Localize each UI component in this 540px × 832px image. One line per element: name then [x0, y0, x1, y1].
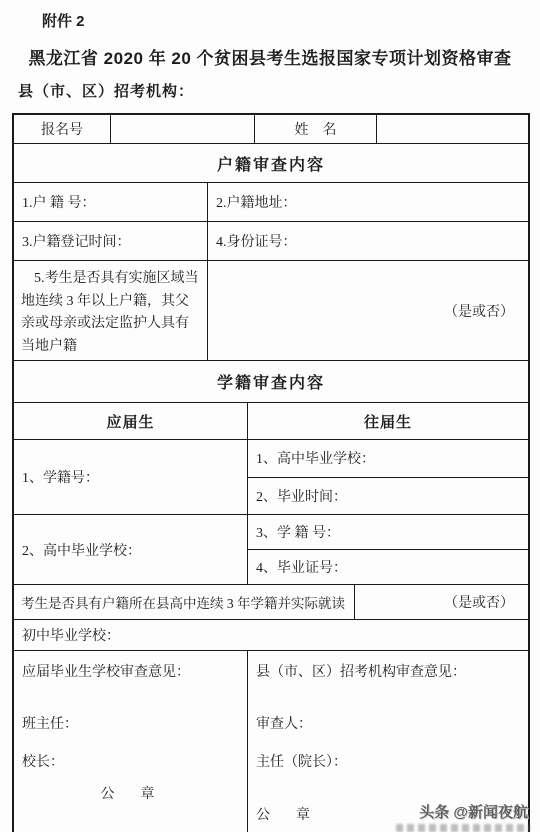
school-seal-label: 公 章 — [14, 783, 247, 803]
hukou-field5-answer: （是或否） — [207, 261, 528, 360]
table-row: 5.考生是否具有实施区域当地连续 3 年以上户籍，其父亲或母亲或法定监护人具有当… — [14, 260, 528, 360]
current-field1: 1、学籍号： — [14, 440, 247, 514]
residency-question: 考生是否具有户籍所在县高中连续 3 年学籍并实际就读 — [14, 585, 354, 619]
name-label: 姓 名 — [254, 115, 376, 143]
table-row: 应届生 往届生 — [14, 402, 528, 439]
reg-no-label: 报名号 — [14, 115, 110, 143]
table-row: 报名号 姓 名 — [14, 115, 528, 143]
hukou-field1: 1.户 籍 号： — [14, 183, 207, 221]
previous-subcolumn: 3、学 籍 号： 4、毕业证号： — [247, 515, 528, 584]
attachment-label: 附件 2 — [42, 10, 85, 31]
reviewer-label: 审查人： — [256, 713, 312, 733]
xueji-section-title: 学籍审查内容 — [14, 361, 528, 402]
hukou-field5-question: 5.考生是否具有实施区域当地连续 3 年以上户籍，其父亲或母亲或法定监护人具有当… — [14, 261, 207, 360]
document-table: 报名号 姓 名 户籍审查内容 1.户 籍 号： 2.户籍地址： 3.户籍登记时间… — [12, 113, 530, 832]
table-row: 初中毕业学校： — [14, 619, 528, 650]
agency-line-label: 县（市、区）招考机构： — [18, 80, 194, 101]
toutiao-watermark: 头条 @新闻夜航 — [419, 801, 528, 822]
hukou-field3: 3.户籍登记时间： — [14, 222, 207, 260]
hukou-field2: 2.户籍地址： — [207, 183, 528, 221]
table-row: 学籍审查内容 — [14, 360, 528, 402]
table-row: 3.户籍登记时间： 4.身份证号： — [14, 221, 528, 260]
reg-no-value-cell — [110, 115, 254, 143]
hukou-section-title: 户籍审查内容 — [14, 144, 528, 182]
agency-seal-label: 公 章 — [256, 804, 316, 824]
current-field2: 2、高中毕业学校： — [14, 515, 247, 584]
qualification-review-form: 附件 2 黑龙江省 2020 年 20 个贫困县考生选报国家专项计划资格审查 县… — [0, 0, 540, 832]
school-opinion-label: 应届毕业生学校审查意见： — [22, 661, 190, 681]
previous-field2: 2、毕业时间： — [248, 477, 528, 515]
previous-field3: 3、学 籍 号： — [248, 515, 528, 549]
previous-subcolumn: 1、高中毕业学校： 2、毕业时间： — [247, 440, 528, 514]
table-row: 2、高中毕业学校： 3、学 籍 号： 4、毕业证号： — [14, 514, 528, 584]
agency-opinion-label: 县（市、区）招考机构审查意见： — [256, 661, 466, 681]
principal-label: 校长： — [22, 751, 64, 771]
table-row: 1.户 籍 号： 2.户籍地址： — [14, 182, 528, 221]
table-row: 考生是否具有户籍所在县高中连续 3 年学籍并实际就读 （是或否） — [14, 584, 528, 619]
junior-school-label: 初中毕业学校： — [14, 620, 528, 650]
hukou-field4: 4.身份证号： — [207, 222, 528, 260]
previous-field4: 4、毕业证号： — [248, 549, 528, 584]
school-opinion-cell: 应届毕业生学校审查意见： 班主任： 校长： 公 章 — [14, 651, 247, 832]
col-header-previous-grad: 往届生 — [247, 403, 528, 439]
name-value-cell — [376, 115, 528, 143]
clipped-text-artifact — [396, 824, 530, 832]
residency-answer: （是或否） — [354, 585, 528, 619]
page-title: 黑龙江省 2020 年 20 个贫困县考生选报国家专项计划资格审查 — [0, 44, 540, 69]
table-row: 户籍审查内容 — [14, 143, 528, 182]
col-header-current-grad: 应届生 — [14, 403, 247, 439]
class-teacher-label: 班主任： — [22, 713, 78, 733]
table-row: 1、学籍号： 1、高中毕业学校： 2、毕业时间： — [14, 439, 528, 514]
previous-field1: 1、高中毕业学校： — [248, 440, 528, 477]
director-label: 主任（院长）： — [256, 751, 347, 771]
